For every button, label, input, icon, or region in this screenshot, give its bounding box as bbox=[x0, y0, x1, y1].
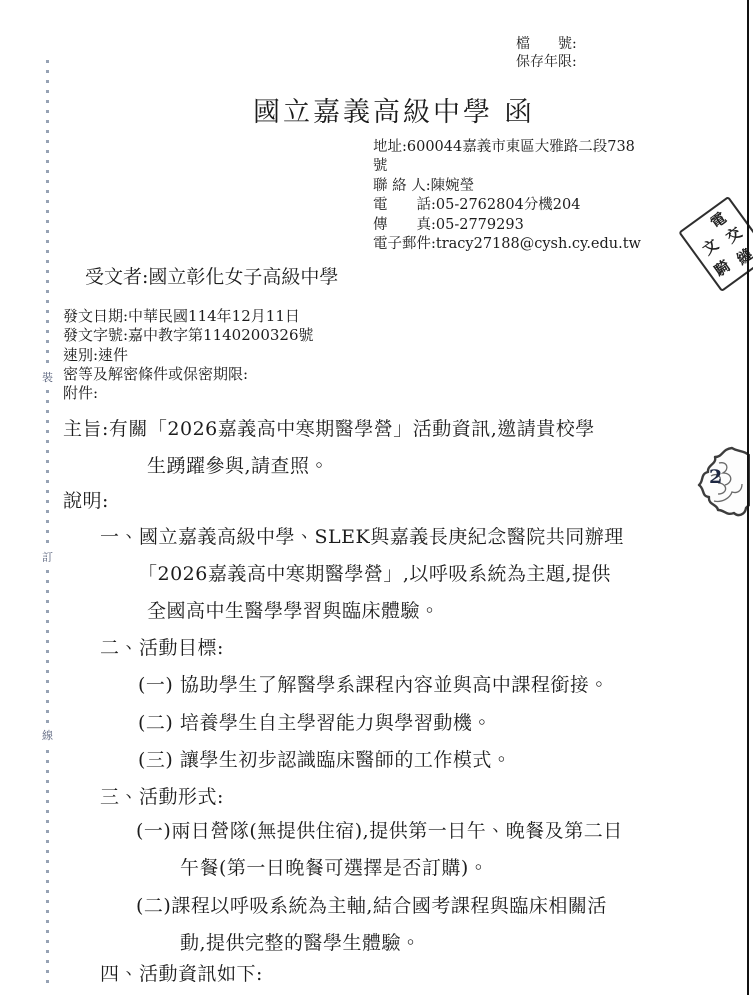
description-heading: 說明: bbox=[63, 490, 109, 514]
desc-item4-heading: 四、活動資訊如下: bbox=[100, 963, 263, 987]
desc-item2-sub2: (二) 培養學生自主學習能力與學習動機。 bbox=[138, 712, 492, 736]
electronic-exchange-stamp: 電 文 交 騎 縫 bbox=[678, 196, 753, 292]
binding-char-xian: 線 bbox=[39, 724, 56, 746]
page-edge-line bbox=[747, 0, 749, 995]
desc-item3-sub2-line2: 動,提供完整的醫學生體驗。 bbox=[180, 932, 421, 956]
sender-address-line2: 號 bbox=[373, 157, 641, 176]
subject-line-1: 主旨:有關「2026嘉義高中寒期醫學營」活動資訊,邀請貴校學 bbox=[63, 418, 595, 442]
desc-item2-sub3: (三) 讓學生初步認識臨床醫師的工作模式。 bbox=[138, 749, 511, 773]
desc-item1-line3: 全國高中生醫學學習與臨床體驗。 bbox=[147, 600, 440, 624]
desc-item1-line1: 一、國立嘉義高級中學、SLEK與嘉義長庚紀念醫院共同辦理 bbox=[100, 526, 624, 550]
official-letter-page: 裝 訂 線 檔 號: 保存年限: 國立嘉義高級中學 函 地址:600044嘉義市… bbox=[0, 0, 753, 995]
sender-address-line1: 地址:600044嘉義市東區大雅路二段738 bbox=[373, 138, 641, 157]
issue-date: 發文日期:中華民國114年12月11日 bbox=[63, 307, 314, 326]
subject-line-2: 生踴躍參與,請查照。 bbox=[147, 455, 329, 479]
document-meta-block: 發文日期:中華民國114年12月11日 發文字號:嘉中教字第1140200326… bbox=[63, 307, 314, 403]
desc-item2-sub1: (一) 協助學生了解醫學系課程內容並與高中課程銜接。 bbox=[138, 674, 609, 698]
sender-phone: 電 話:05-2762804分機204 bbox=[373, 196, 641, 215]
document-title: 國立嘉義高級中學 函 bbox=[253, 96, 535, 130]
file-number-label: 檔 號: bbox=[516, 36, 577, 54]
binding-dotted-line bbox=[46, 60, 49, 990]
desc-item2-heading: 二、活動目標: bbox=[100, 637, 224, 661]
page-number: 2 bbox=[709, 466, 722, 490]
desc-item3-sub2-line1: (二)課程以呼吸系統為主軸,結合國考課程與臨床相關活 bbox=[136, 895, 607, 919]
doc-number: 發文字號:嘉中教字第1140200326號 bbox=[63, 326, 314, 345]
attachment: 附件: bbox=[63, 384, 314, 403]
desc-item3-sub1-line2: 午餐(第一日晚餐可選擇是否訂購)。 bbox=[180, 857, 488, 881]
binding-char-ding: 訂 bbox=[39, 546, 56, 568]
recipient-line: 受文者:國立彰化女子高級中學 bbox=[85, 266, 338, 290]
retention-period-label: 保存年限: bbox=[516, 54, 577, 72]
sender-fax: 傳 真:05-2779293 bbox=[373, 216, 641, 235]
stamp-char: 縫 bbox=[732, 243, 753, 269]
desc-item3-heading: 三、活動形式: bbox=[100, 786, 224, 810]
sender-email: 電子郵件:tracy27188@cysh.cy.edu.tw bbox=[373, 235, 641, 254]
desc-item1-line2: 「2026嘉義高中寒期醫學營」,以呼吸系統為主題,提供 bbox=[138, 563, 611, 587]
priority: 速別:速件 bbox=[63, 346, 314, 365]
desc-item3-sub1-line1: (一)兩日營隊(無提供住宿),提供第一日午、晚餐及第二日 bbox=[136, 820, 623, 844]
sender-contact-person: 聯 絡 人:陳婉瑩 bbox=[373, 177, 641, 196]
sender-info-block: 地址:600044嘉義市東區大雅路二段738 號 聯 絡 人:陳婉瑩 電 話:0… bbox=[373, 138, 641, 254]
stamp-char: 騎 bbox=[710, 255, 734, 281]
binding-char-zhuang: 裝 bbox=[39, 366, 56, 388]
security-classification: 密等及解密條件或保密期限: bbox=[63, 365, 314, 384]
